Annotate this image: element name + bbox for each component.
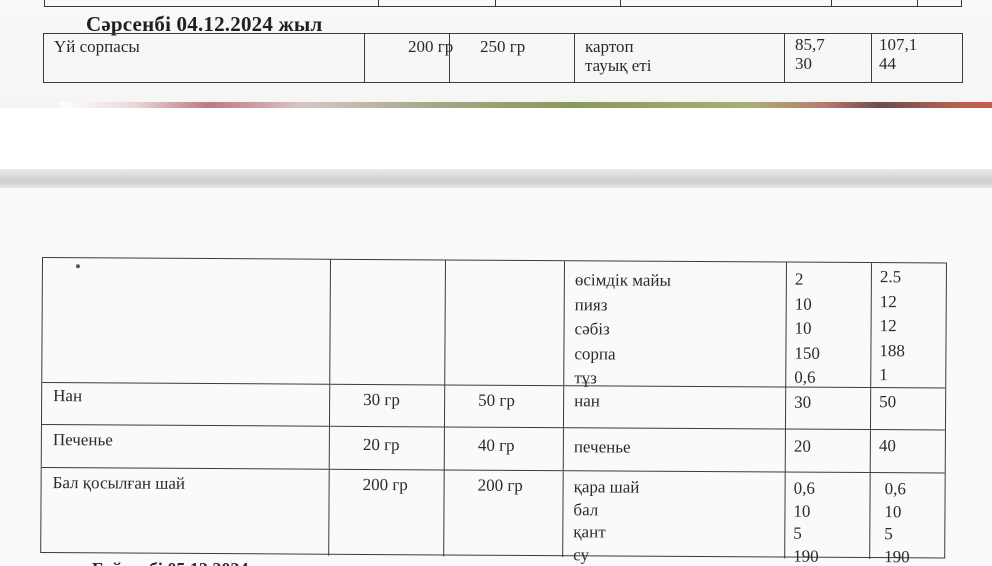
qty-small: 190	[793, 545, 869, 566]
ingredient-name: қара шай	[574, 476, 785, 500]
qty-large: 10	[884, 501, 944, 524]
table-row: өсімдік майы пияз сәбіз сорпа тұз 2 10 1…	[42, 258, 946, 388]
dish-cell: Үй сорпасы	[44, 34, 364, 82]
portion-large: 50 гр	[478, 390, 563, 413]
column-divider	[620, 0, 621, 6]
qty-large: 50	[879, 391, 945, 414]
previous-table-row-fragment	[44, 0, 962, 7]
portion-small-cell: 200 гр	[328, 470, 444, 557]
qty-large: 0,6	[885, 478, 945, 501]
qty-large: 190	[884, 546, 944, 566]
qty-small: 10	[795, 292, 871, 317]
portion-small-cell: 200 гр	[364, 34, 449, 82]
qty-large: 107,1	[879, 35, 962, 54]
portion-large: 250 гр	[480, 37, 574, 56]
ingredient-name: печенье	[574, 436, 785, 460]
portion-large-cell: 40 гр	[444, 427, 563, 470]
ingredients-cell: картоп тауық еті	[574, 34, 784, 82]
qty-large-cell: 0,6 10 5 190	[869, 473, 945, 559]
ingredient-name: тауық еті	[585, 56, 784, 75]
portion-small-cell	[329, 260, 445, 385]
portion-small: 200 гр	[408, 37, 449, 56]
qty-small: 30	[794, 392, 870, 415]
qty-small: 10	[793, 500, 869, 523]
qty-small-cell: 30	[785, 388, 870, 430]
dish-cell	[42, 258, 330, 384]
ingredient-name: сорпа	[574, 342, 785, 368]
qty-small: 5	[793, 523, 869, 546]
qty-large: 44	[879, 54, 962, 73]
next-day-heading-partial: Бейсенбі 05.12.2024	[92, 560, 248, 566]
ingredient-name: сәбіз	[574, 317, 785, 343]
portion-large: 40 гр	[478, 435, 563, 458]
column-divider	[495, 0, 496, 6]
menu-table-top: Үй сорпасы 200 гр 250 гр картоп тауық ет…	[43, 33, 963, 83]
dish-name: Печенье	[53, 429, 329, 453]
qty-small-cell: 20	[785, 430, 870, 473]
qty-small-cell: 2 10 10 150 0,6	[785, 263, 871, 388]
ingredient-name: пияз	[575, 293, 786, 319]
qty-small: 30	[795, 54, 871, 73]
column-divider	[917, 0, 918, 6]
speck-mark	[76, 264, 80, 268]
qty-large: 12	[880, 314, 946, 339]
portion-small-cell: 20 гр	[329, 427, 444, 470]
qty-large: 188	[879, 339, 945, 364]
ingredient-name: өсімдік майы	[575, 268, 786, 294]
portion-large: 200 гр	[478, 475, 563, 498]
qty-small: 20	[794, 436, 870, 459]
ingredients-cell: өсімдік майы пияз сәбіз сорпа тұз	[563, 261, 786, 386]
qty-large: 5	[884, 523, 944, 546]
portion-large-cell: 250 гр	[449, 34, 574, 82]
qty-large: 12	[880, 290, 946, 315]
portion-small: 20 гр	[363, 434, 444, 457]
column-divider	[378, 0, 379, 6]
table-row: Печенье 20 гр 40 гр печенье 20 40	[42, 424, 945, 473]
qty-large-cell: 107,1 44	[871, 34, 962, 82]
qty-large-cell: 40	[870, 430, 945, 472]
qty-small: 85,7	[795, 35, 871, 54]
qty-large: 1	[879, 363, 945, 388]
qty-large-cell: 2.5 12 12 188 1	[870, 263, 946, 387]
qty-small: 10	[795, 317, 871, 342]
photo-background-edge	[60, 102, 992, 108]
table-row: Бал қосылған шай 200 гр 200 гр қара шай …	[41, 467, 945, 560]
portion-small: 30 гр	[363, 389, 444, 412]
dish-cell: Печенье	[42, 425, 329, 469]
qty-small-cell: 85,7 30	[784, 34, 871, 82]
qty-small-cell: 0,6 10 5 190	[784, 473, 870, 560]
portion-small-cell: 30 гр	[329, 385, 444, 427]
ingredients-cell: печенье	[563, 428, 785, 471]
qty-small: 2	[795, 268, 871, 293]
ingredient-name: қант	[573, 521, 784, 545]
dish-cell: Нан	[42, 383, 329, 426]
portion-small: 200 гр	[363, 474, 444, 497]
qty-large: 2.5	[880, 265, 946, 290]
column-divider	[831, 0, 832, 6]
qty-small: 0,6	[794, 478, 870, 501]
ingredients-cell: қара шай бал қант су	[562, 471, 785, 558]
ingredient-name: картоп	[585, 37, 784, 56]
image-separator-bar	[0, 169, 992, 188]
dish-name: Бал қосылған шай	[53, 472, 329, 496]
menu-table-bottom: өсімдік майы пияз сәбіз сорпа тұз 2 10 1…	[40, 257, 947, 559]
portion-large-cell	[444, 260, 564, 385]
qty-small: 150	[794, 341, 870, 366]
ingredient-name: су	[573, 544, 784, 566]
ingredient-name: нан	[574, 390, 785, 414]
portion-large-cell: 50 гр	[444, 385, 563, 427]
dish-cell: Бал қосылған шай	[41, 468, 329, 556]
bottom-page-photo: өсімдік майы пияз сәбіз сорпа тұз 2 10 1…	[0, 188, 992, 566]
table-row: Нан 30 гр 50 гр нан 30 50	[42, 382, 945, 430]
dish-name: Үй сорпасы	[54, 37, 364, 56]
top-page-photo: Сәрсенбі 04.12.2024 жыл Үй сорпасы 200 г…	[0, 0, 992, 108]
dish-name: Нан	[53, 385, 329, 409]
qty-large: 40	[879, 435, 945, 458]
qty-large-cell: 50	[870, 388, 945, 429]
portion-large-cell: 200 гр	[443, 470, 563, 557]
ingredients-cell: нан	[563, 386, 785, 428]
ingredient-name: бал	[573, 499, 784, 523]
